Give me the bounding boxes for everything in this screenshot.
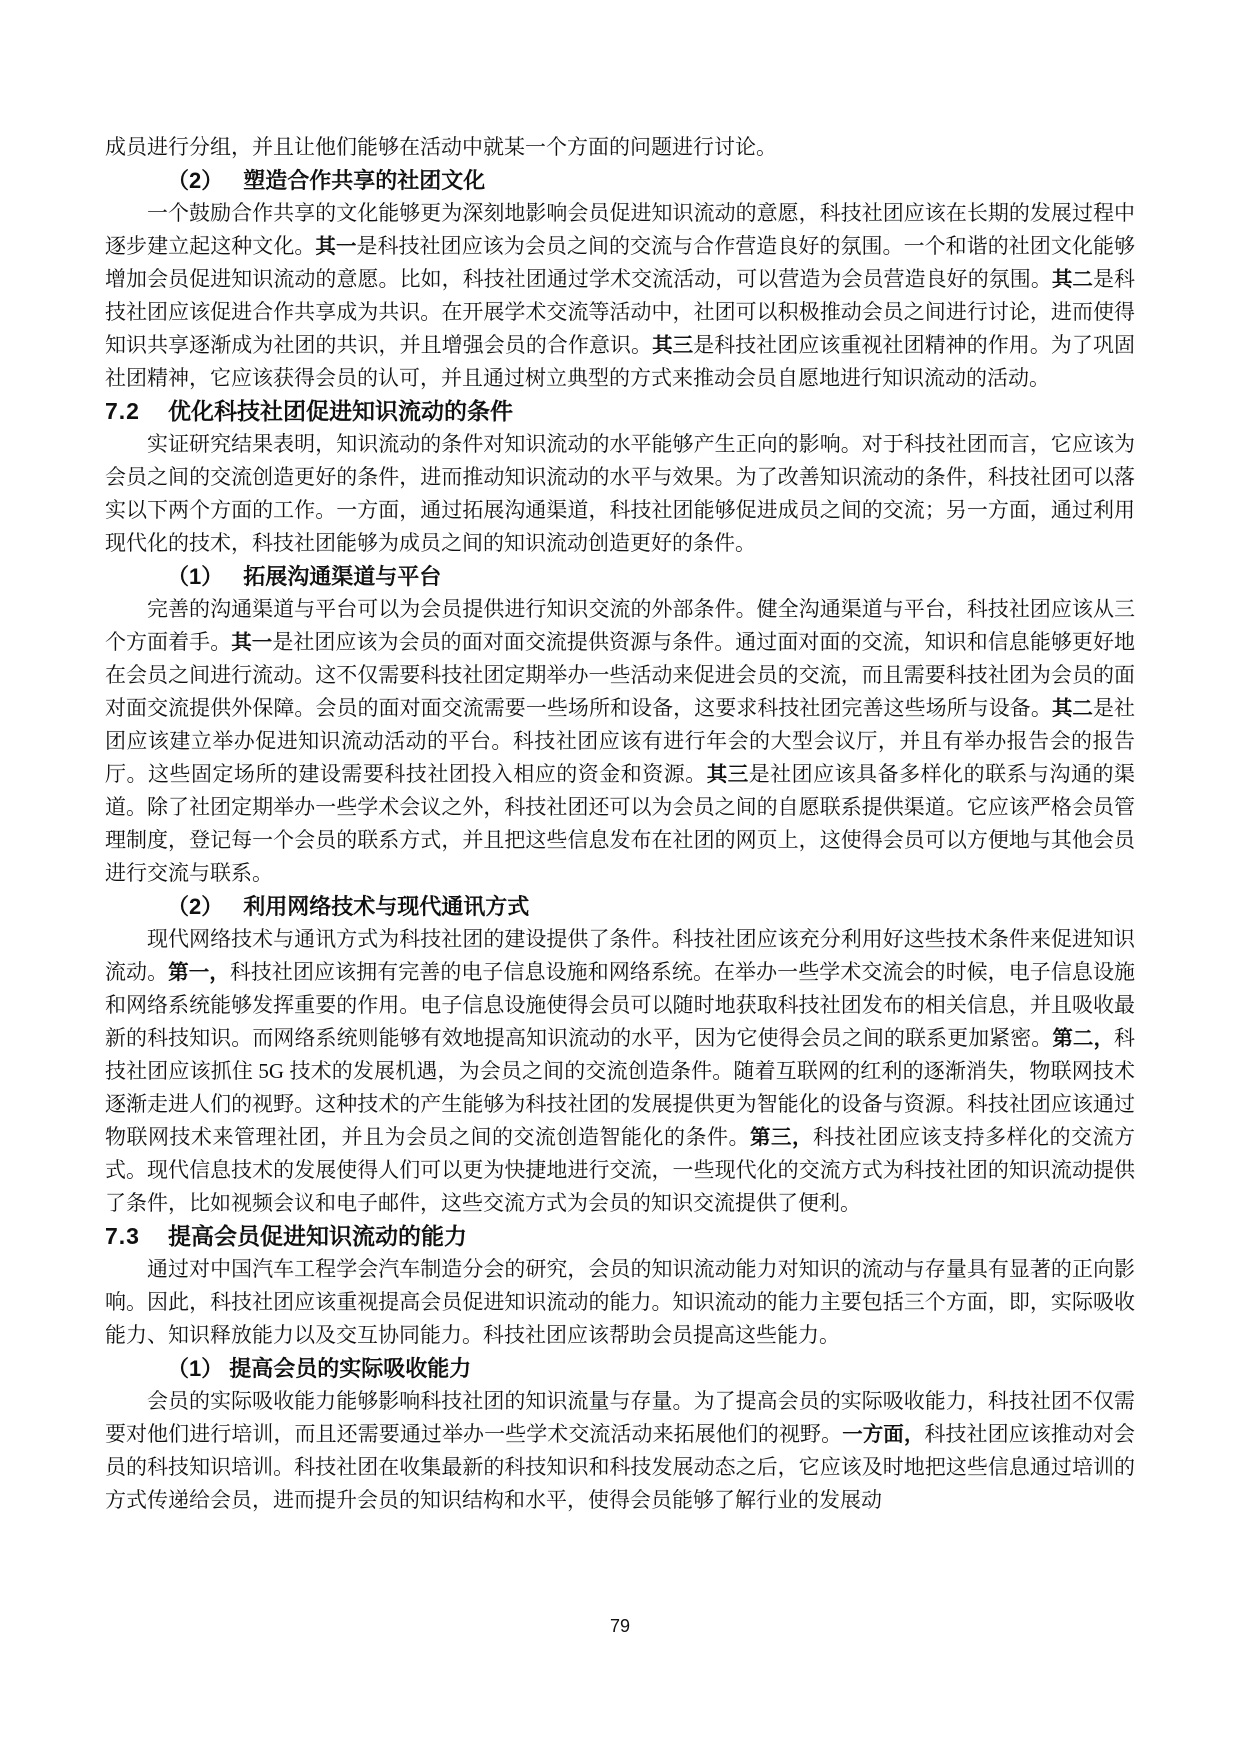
emphasis-text: 其二 xyxy=(1052,268,1093,291)
emphasis-text: 第二， xyxy=(1052,1027,1114,1050)
page-number: 79 xyxy=(0,1616,1240,1637)
body-text: 实证研究结果表明，知识流动的条件对知识流动的水平能够产生正向的影响。对于科技社团… xyxy=(105,432,1135,555)
emphasis-text: 其三 xyxy=(707,763,749,786)
heading-number: 7.3 xyxy=(105,1220,140,1253)
heading-number: （2） xyxy=(167,894,223,919)
heading-number: （2） xyxy=(167,168,223,193)
emphasis-text: 第一， xyxy=(168,961,230,984)
body-text: 成员进行分组，并且让他们能够在活动中就某一个方面的问题进行讨论。 xyxy=(105,135,777,159)
heading-title: 塑造合作共享的社团文化 xyxy=(243,168,485,193)
paragraph: 一个鼓励合作共享的文化能够更为深刻地影响会员促进知识流动的意愿，科技社团应该在长… xyxy=(105,197,1135,395)
paragraph: 完善的沟通渠道与平台可以为会员提供进行知识交流的外部条件。健全沟通渠道与平台，科… xyxy=(105,593,1135,890)
heading-title: 拓展沟通渠道与平台 xyxy=(243,564,441,589)
heading-number: （1） xyxy=(167,564,223,589)
sub-heading: （2）塑造合作共享的社团文化 xyxy=(105,164,1135,197)
section-heading: 7.2优化科技社团促进知识流动的条件 xyxy=(105,395,1135,428)
document-page: 成员进行分组，并且让他们能够在活动中就某一个方面的问题进行讨论。（2）塑造合作共… xyxy=(0,0,1240,1753)
emphasis-text: 第三， xyxy=(750,1126,813,1149)
heading-title: 提高会员促进知识流动的能力 xyxy=(168,1223,467,1249)
paragraph: 通过对中国汽车工程学会汽车制造分会的研究，会员的知识流动能力对知识的流动与存量具… xyxy=(105,1253,1135,1352)
paragraph: 实证研究结果表明，知识流动的条件对知识流动的水平能够产生正向的影响。对于科技社团… xyxy=(105,428,1135,560)
body-text: 科技社团应该拥有完善的电子信息设施和网络系统。在举办一些学术交流会的时候，电子信… xyxy=(105,960,1135,1050)
paragraph: 现代网络技术与通讯方式为科技社团的建设提供了条件。科技社团应该充分利用好这些技术… xyxy=(105,923,1135,1220)
paragraph: 成员进行分组，并且让他们能够在活动中就某一个方面的问题进行讨论。 xyxy=(105,131,1135,164)
emphasis-text: 一方面， xyxy=(842,1423,924,1446)
heading-number: 7.2 xyxy=(105,395,140,428)
heading-title: 优化科技社团促进知识流动的条件 xyxy=(168,398,513,424)
emphasis-text: 其一 xyxy=(231,631,272,654)
section-heading: 7.3提高会员促进知识流动的能力 xyxy=(105,1220,1135,1253)
heading-title: 提高会员的实际吸收能力 xyxy=(229,1356,471,1381)
paragraph: 会员的实际吸收能力能够影响科技社团的知识流量与存量。为了提高会员的实际吸收能力，… xyxy=(105,1385,1135,1517)
emphasis-text: 其二 xyxy=(1052,697,1093,720)
emphasis-text: 其一 xyxy=(315,235,356,258)
document-body: 成员进行分组，并且让他们能够在活动中就某一个方面的问题进行讨论。（2）塑造合作共… xyxy=(105,131,1135,1517)
sub-heading: （2）利用网络技术与现代通讯方式 xyxy=(105,890,1135,923)
sub-heading: （1）提高会员的实际吸收能力 xyxy=(105,1352,1135,1385)
heading-title: 利用网络技术与现代通讯方式 xyxy=(243,894,529,919)
sub-heading: （1）拓展沟通渠道与平台 xyxy=(105,560,1135,593)
emphasis-text: 其三 xyxy=(652,334,693,357)
heading-number: （1） xyxy=(167,1356,223,1381)
body-text: 通过对中国汽车工程学会汽车制造分会的研究，会员的知识流动能力对知识的流动与存量具… xyxy=(105,1257,1135,1347)
